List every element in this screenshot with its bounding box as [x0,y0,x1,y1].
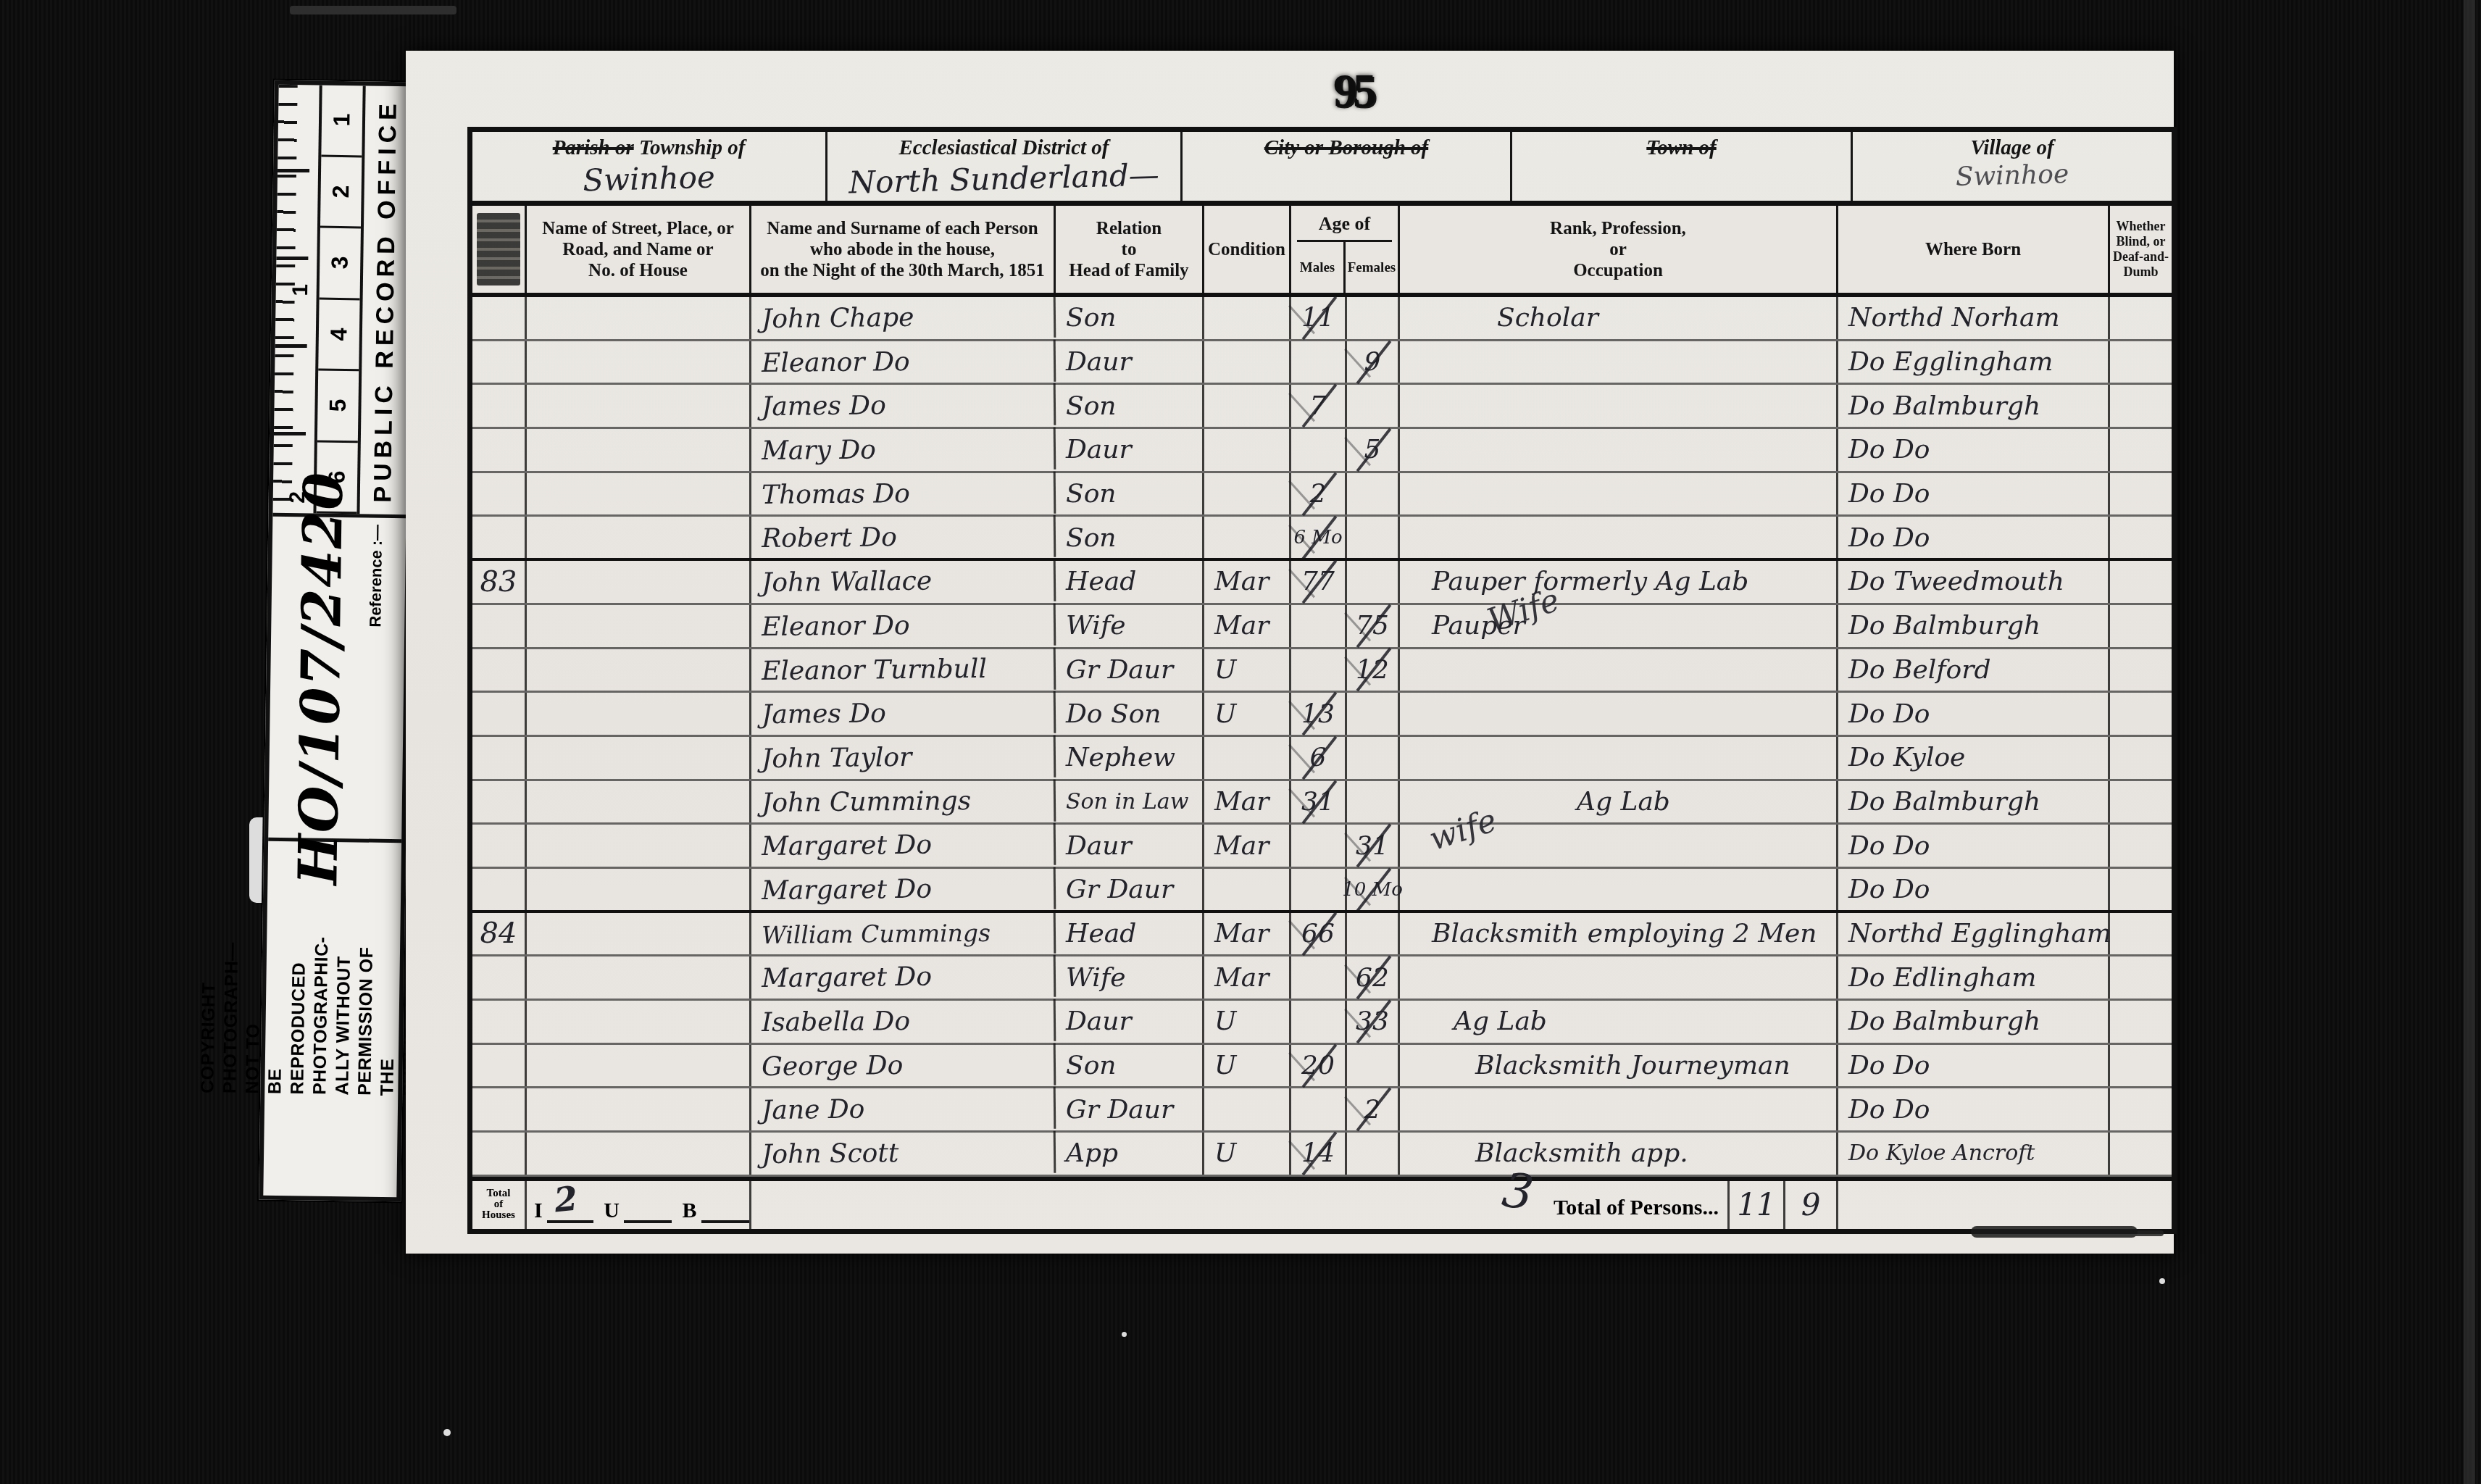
age-female-cell [1347,781,1400,823]
houses-tally: I 2 U B [527,1181,751,1229]
relation-cell: Son [1056,517,1204,559]
person-name: Eleanor Do [751,604,1056,649]
street-cell [527,825,751,867]
table-row: James Do Son 7 Do Balmburgh [472,385,2172,429]
person-name: Isabella Do [751,999,1056,1044]
age-female-cell [1347,737,1400,779]
relation-cell: Son [1056,385,1204,427]
schedule-header-smudge [477,213,520,286]
person-name: James Do [751,691,1056,736]
males-label: Males [1291,242,1346,293]
column-header-band: Name of Street, Place, or Road, and Name… [472,206,2172,297]
film-speck [443,1429,451,1436]
person-name: Eleanor Do [751,339,1056,384]
relation-cell: App [1056,1133,1204,1175]
condition-cell [1204,1088,1291,1130]
age-female-cell [1347,517,1400,559]
field-town: Town of [1512,132,1853,201]
born-cell: Do Edlingham [1838,956,2110,999]
person-name: William Cummings [751,911,1056,956]
infirmity-cell [2110,1001,2172,1043]
schedule-no: 83 [472,561,527,603]
field-ecclesiastical-district: Ecclesiastical District of North Sunderl… [827,132,1183,201]
table-row: Isabella Do Daur U 33 Ag Lab Do Balmburg… [472,1001,2172,1045]
age-female-cell: 12 [1347,649,1400,691]
column-schedule-number [472,206,527,293]
table-row: Eleanor Turnbull Gr Daur U 12 Do Belford [472,649,2172,693]
schedule-no [472,429,527,471]
field-parish: Parish or Township of Swinhoe [472,132,827,201]
condition-cell: Mar [1204,913,1291,955]
street-cell [527,429,751,471]
person-name: John Chape [751,296,1056,341]
person-name: John Scott [751,1131,1056,1176]
schedule-no [472,341,527,383]
table-row: Margaret Do Daur Mar 31 wife Do Do [472,825,2172,869]
ruler-cm-mark: 5 [325,399,351,412]
street-cell [527,649,751,691]
born-cell: Do Balmburgh [1838,781,2110,823]
condition-cell: Mar [1204,956,1291,999]
table-row: John Taylor Nephew 6 Do Kyloe [472,737,2172,781]
table-row: Margaret Do Gr Daur 10 Mo Do Do [472,869,2172,913]
film-edge [2464,0,2475,1484]
occupation-cell [1400,517,1838,559]
born-cell: Northd Egglingham [1838,913,2110,955]
age-female-cell: 31 [1347,825,1400,867]
table-row: 83 John Wallace Head Mar 77 Pauper forme… [472,558,2172,605]
person-name: James Do [751,383,1056,428]
age-male-cell: 6 Mo [1291,517,1347,559]
city-borough-label: City or Borough of [1183,132,1510,160]
age-female-cell: 75 [1347,605,1400,647]
street-cell [527,385,751,427]
relation-cell: Head [1056,561,1204,603]
inhabited-label: I [534,1199,543,1223]
table-row: John Scott App U 14 Blacksmith app. Do K… [472,1133,2172,1177]
relation-cell: Son [1056,1045,1204,1087]
table-row: Thomas Do Son 2 Do Do [472,473,2172,517]
schedule-no [472,693,527,735]
occupation-cell [1400,429,1838,471]
condition-cell [1204,473,1291,515]
person-name: John Wallace [751,559,1056,604]
born-cell: Do Balmburgh [1838,1001,2110,1043]
reference-label: Reference :— [366,524,386,627]
infirmity-cell [2110,429,2172,471]
age-female-cell: 33 [1347,1001,1400,1043]
born-cell: Do Do [1838,869,2110,911]
table-row: 84 William Cummings Head Mar 66 Blacksmi… [472,910,2172,957]
page-number: 95 [1333,64,1372,119]
condition-cell: U [1204,1045,1291,1087]
relation-cell: Nephew [1056,737,1204,779]
ruler-cm-scale: 1 2 3 4 5 6 [316,86,365,514]
age-male-cell [1291,956,1347,999]
person-name: George Do [751,1043,1056,1088]
infirmity-cell [2110,1133,2172,1175]
street-cell [527,737,751,779]
total-persons-section: 3 Total of Persons... [751,1181,1730,1229]
occupation-cell [1400,956,1838,999]
reference-section: Reference :— HO/107/2420 [268,517,406,843]
condition-cell: Mar [1204,825,1291,867]
person-name: Jane Do [751,1087,1056,1132]
person-name: Margaret Do [751,867,1056,912]
film-speck [1122,1332,1127,1337]
street-cell [527,297,751,339]
inhabited-count: 2 [552,1178,579,1220]
relation-cell: Do Son [1056,693,1204,735]
village-value: Swinhoe [1853,157,2172,195]
schedule-no [472,649,527,691]
film-speck [2159,1278,2165,1284]
occupation-cell: Blacksmith Journeyman [1400,1045,1838,1087]
ruler-cm-mark: 3 [327,257,354,270]
condition-cell: U [1204,649,1291,691]
condition-cell [1204,869,1291,911]
street-cell [527,517,751,559]
born-cell: Do Tweedmouth [1838,561,2110,603]
condition-cell [1204,517,1291,559]
infirmity-cell [2110,1088,2172,1130]
born-cell: Do Belford [1838,649,2110,691]
born-cell: Do Do [1838,429,2110,471]
relation-cell: Wife [1056,956,1204,999]
occupation-cell: wife [1400,825,1838,867]
age-male-cell: 6 [1291,737,1347,779]
occupation-cell [1400,385,1838,427]
condition-cell: Mar [1204,605,1291,647]
born-cell: Do Do [1838,1045,2110,1087]
street-cell [527,1088,751,1130]
person-name: John Cummings [751,779,1056,824]
age-female-cell [1347,693,1400,735]
parish-label: Township of [634,136,746,159]
age-female-cell [1347,385,1400,427]
occupation-cell [1400,341,1838,383]
age-male-cell: 14 [1291,1133,1347,1175]
table-row: John Chape Son 11 Scholar Northd Norham [472,297,2172,341]
totals-row: Total of Houses I 2 U B 3 Total of Perso… [472,1177,2172,1229]
infirmity-cell [2110,517,2172,559]
occupation-cell: Blacksmith employing 2 Men [1400,913,1838,955]
person-name: Margaret Do [751,823,1056,868]
ecclesiastical-district-value: North Sunderland— [827,157,1180,201]
schedule-no [472,517,527,559]
person-name: Eleanor Turnbull [751,647,1056,692]
street-cell [527,869,751,911]
age-male-cell: 7 [1291,385,1347,427]
born-cell: Do Do [1838,825,2110,867]
ecclesiastical-district-label: Ecclesiastical District of [827,132,1180,160]
building-label: B [682,1199,696,1223]
totals-blank [1838,1181,2172,1229]
occupation-cell: Ag Lab [1400,1001,1838,1043]
condition-cell [1204,429,1291,471]
relation-cell: Daur [1056,825,1204,867]
public-record-office-title: PUBLIC RECORD OFFICE [369,98,403,502]
infirmity-cell [2110,825,2172,867]
schedule-no [472,473,527,515]
town-label: Town of [1512,132,1851,160]
schedule-no [472,385,527,427]
occupation-cell [1400,649,1838,691]
infirmity-cell [2110,385,2172,427]
column-relation: Relation to Head of Family [1056,206,1204,293]
occupation-cell [1400,869,1838,911]
column-street: Name of Street, Place, or Road, and Name… [527,206,751,293]
schedule-no [472,605,527,647]
infirmity-cell [2110,341,2172,383]
infirmity-cell [2110,1045,2172,1087]
relation-cell: Gr Daur [1056,649,1204,691]
street-cell [527,781,751,823]
born-cell: Do Do [1838,517,2110,559]
street-cell [527,341,751,383]
schedule-no [472,1133,527,1175]
occupation-cell: Pauper formerly Ag Lab [1400,561,1838,603]
age-male-cell [1291,429,1347,471]
age-male-cell [1291,341,1347,383]
relation-cell: Gr Daur [1056,869,1204,911]
total-of-persons-label: Total of Persons... [1554,1196,1719,1220]
total-males: 11 [1730,1181,1785,1229]
females-label: Females [1346,242,1398,293]
ruler-ticks: 1 2 [272,85,322,514]
uninhabited-label: U [604,1199,620,1223]
age-of-label: Age of [1297,206,1392,242]
relation-cell: Son in Law [1056,781,1204,823]
schedule-no [472,1045,527,1087]
schedule-no: 84 [472,913,527,955]
place-header-band: Parish or Township of Swinhoe Ecclesiast… [472,132,2172,206]
column-infirmity: Whether Blind, or Deaf-and- Dumb [2110,206,2172,293]
schedule-no [472,1001,527,1043]
age-male-cell [1291,825,1347,867]
ruler: 1 2 1 2 3 4 5 6 PUBLIC RECORD OFFICE [272,85,412,519]
age-male-cell: 13 [1291,693,1347,735]
age-male-cell [1291,1001,1347,1043]
condition-cell: Mar [1204,561,1291,603]
occupation-cell: Blacksmith app. [1400,1133,1838,1175]
born-cell: Northd Norham [1838,297,2110,339]
condition-cell [1204,341,1291,383]
occupation-cell: Scholar [1400,297,1838,339]
column-age: Age of Males Females [1291,206,1400,293]
condition-cell: U [1204,693,1291,735]
person-name: Thomas Do [751,472,1056,517]
born-cell: Do Kyloe Ancroft [1838,1133,2110,1175]
table-row: James Do Do Son U 13 Do Do [472,693,2172,737]
occupation-cell [1400,737,1838,779]
age-female-cell [1347,1133,1400,1175]
infirmity-cell [2110,297,2172,339]
age-male-cell: 31 [1291,781,1347,823]
table-row: Margaret Do Wife Mar 62 Do Edlingham [472,956,2172,1001]
age-male-cell [1291,869,1347,911]
infirmity-cell [2110,605,2172,647]
copyright-section: COPYRIGHT PHOTOGRAPH—NOT TO BE REPRODUCE… [263,841,401,1191]
infirmity-cell [2110,561,2172,603]
relation-cell: Son [1056,297,1204,339]
column-name-surname: Name and Surname of each Person who abod… [751,206,1056,293]
table-row: Eleanor Do Wife Mar 75 PauperWife Do Bal… [472,605,2172,649]
pro-label-strip: 1 2 1 2 3 4 5 6 PUBLIC RECORD OFFICE Ref… [259,80,417,1202]
film-scratch [290,6,456,14]
relation-cell: Son [1056,473,1204,515]
street-cell [527,1133,751,1175]
person-name: Robert Do [751,515,1056,560]
infirmity-cell [2110,473,2172,515]
age-female-cell [1347,561,1400,603]
age-female-cell [1347,913,1400,955]
table-row: John Cummings Son in Law Mar 31 Ag Lab D… [472,781,2172,825]
relation-cell: Daur [1056,341,1204,383]
street-cell [527,1001,751,1043]
ink-smudge [1971,1226,2138,1238]
street-cell [527,693,751,735]
ruler-cm-mark: 2 [328,185,354,198]
age-male-cell: 20 [1291,1045,1347,1087]
street-cell [527,473,751,515]
relation-cell: Head [1056,913,1204,955]
schedule-no [472,869,527,911]
age-female-cell [1347,1045,1400,1087]
age-female-cell: 62 [1347,956,1400,999]
age-female-cell: 9 [1347,341,1400,383]
born-cell: Do Balmburgh [1838,385,2110,427]
age-female-cell: 10 Mo [1347,869,1400,911]
microfilm-photograph: 1 2 1 2 3 4 5 6 PUBLIC RECORD OFFICE Ref… [0,0,2481,1484]
age-male-cell: 77 [1291,561,1347,603]
person-name: Mary Do [751,428,1056,472]
field-city-borough: City or Borough of [1183,132,1512,201]
ruler-cm-mark: 1 [328,114,355,127]
person-name: Margaret Do [751,955,1056,1000]
age-male-cell: 11 [1291,297,1347,339]
occupation-cell [1400,693,1838,735]
total-females: 9 [1785,1181,1838,1229]
condition-cell: Mar [1204,781,1291,823]
relation-cell: Wife [1056,605,1204,647]
age-male-cell: 66 [1291,913,1347,955]
occupation-cell [1400,1088,1838,1130]
ruler-inch-mark: 1 [288,284,313,296]
age-female-cell [1347,473,1400,515]
relation-cell: Daur [1056,1001,1204,1043]
schedule-no [472,1088,527,1130]
born-cell: Do Balmburgh [1838,605,2110,647]
relation-cell: Gr Daur [1056,1088,1204,1130]
condition-cell: U [1204,1001,1291,1043]
table-row: Mary Do Daur 5 Do Do [472,429,2172,473]
ruler-cm-mark: 4 [325,328,352,341]
infirmity-cell [2110,693,2172,735]
total-of-houses-label: Total of Houses [472,1181,527,1229]
occupation-cell: PauperWife [1400,605,1838,647]
relation-cell: Daur [1056,429,1204,471]
street-cell [527,956,751,999]
census-page: 95 Parish or Township of Swinhoe Ecclesi… [406,51,2174,1254]
census-table: Parish or Township of Swinhoe Ecclesiast… [467,127,2177,1234]
infirmity-cell [2110,781,2172,823]
column-occupation: Rank, Profession, or Occupation [1400,206,1838,293]
table-row: Jane Do Gr Daur 2 Do Do [472,1088,2172,1133]
occupation-cell [1400,473,1838,515]
parish-value: Swinhoe [472,157,825,201]
village-label: Village of [1853,132,2172,160]
table-row: Robert Do Son 6 Mo Do Do [472,517,2172,561]
condition-cell: U [1204,1133,1291,1175]
age-male-cell: 2 [1291,473,1347,515]
infirmity-cell [2110,913,2172,955]
age-female-cell [1347,297,1400,339]
schedule-no [472,297,527,339]
street-cell [527,561,751,603]
condition-cell [1204,737,1291,779]
street-cell [527,913,751,955]
street-cell [527,1045,751,1087]
column-condition: Condition [1204,206,1291,293]
table-row: Eleanor Do Daur 9 Do Egglingham [472,341,2172,385]
street-cell [527,605,751,647]
born-cell: Do Egglingham [1838,341,2110,383]
schedule-no [472,956,527,999]
born-cell: Do Do [1838,693,2110,735]
schedule-no [472,737,527,779]
age-male-cell [1291,649,1347,691]
field-village: Village of Swinhoe [1853,132,2172,201]
infirmity-cell [2110,956,2172,999]
age-male-cell [1291,605,1347,647]
infirmity-cell [2110,737,2172,779]
column-where-born: Where Born [1838,206,2110,293]
born-cell: Do Do [1838,473,2110,515]
condition-cell [1204,385,1291,427]
born-cell: Do Do [1838,1088,2110,1130]
person-name: John Taylor [751,735,1056,780]
reference-number: HO/107/2420 [287,470,355,885]
parish-label-struck: Parish or [553,136,634,159]
table-row: George Do Son U 20 Blacksmith Journeyman… [472,1045,2172,1089]
age-female-cell: 5 [1347,429,1400,471]
schedule-no [472,825,527,867]
born-cell: Do Kyloe [1838,737,2110,779]
infirmity-cell [2110,869,2172,911]
age-male-cell [1291,1088,1347,1130]
condition-cell [1204,297,1291,339]
schedule-no [472,781,527,823]
age-female-cell: 2 [1347,1088,1400,1130]
infirmity-cell [2110,649,2172,691]
